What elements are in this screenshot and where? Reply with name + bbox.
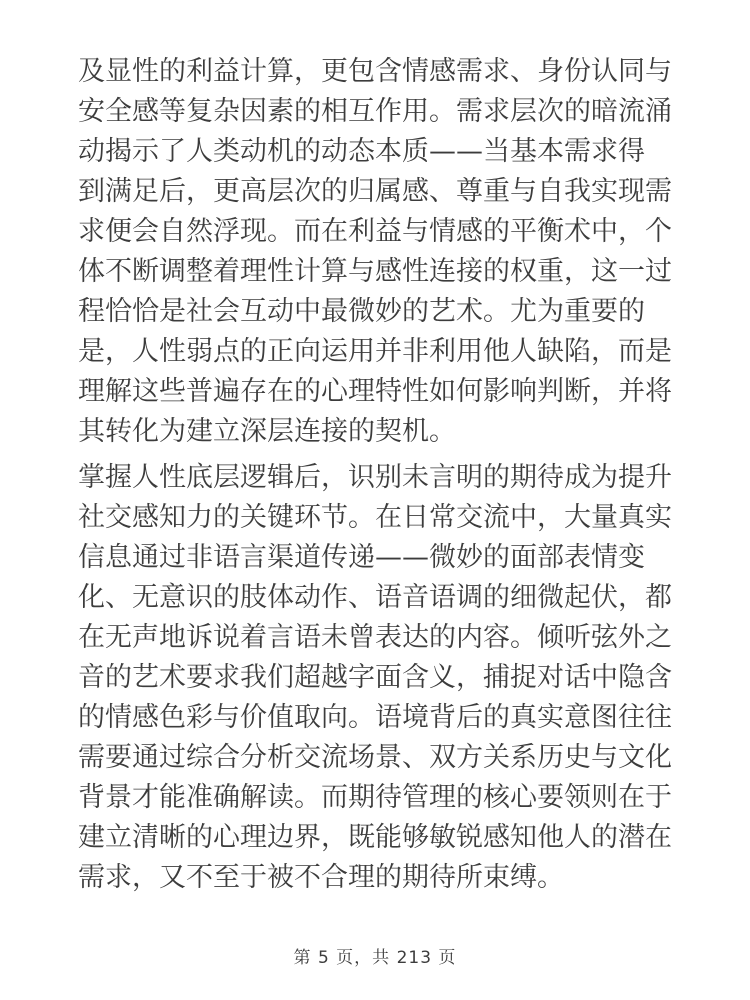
text-line: 安全感等复杂因素的相互作用。需求层次的暗流涌 xyxy=(78,92,678,132)
text-line: 化、无意识的肢体动作、语音语调的细微起伏，都 xyxy=(78,578,678,618)
text-line: 社交感知力的关键环节。在日常交流中，大量真实 xyxy=(78,498,678,538)
document-body: 及显性的利益计算，更包含情感需求、身份认同与安全感等复杂因素的相互作用。需求层次… xyxy=(78,52,678,904)
text-line: 理解这些普遍存在的心理特性如何影响判断，并将 xyxy=(78,372,678,412)
text-line: 的情感色彩与价值取向。语境背后的真实意图往往 xyxy=(78,698,678,738)
text-line: 体不断调整着理性计算与感性连接的权重，这一过 xyxy=(78,252,678,292)
text-line: 音的艺术要求我们超越字面含义，捕捉对话中隐含 xyxy=(78,658,678,698)
paragraph: 掌握人性底层逻辑后，识别未言明的期待成为提升社交感知力的关键环节。在日常交流中，… xyxy=(78,458,678,898)
text-line: 其转化为建立深层连接的契机。 xyxy=(78,412,678,452)
text-line: 在无声地诉说着言语未曾表达的内容。倾听弦外之 xyxy=(78,618,678,658)
text-line: 及显性的利益计算，更包含情感需求、身份认同与 xyxy=(78,52,678,92)
text-line: 需要通过综合分析交流场景、双方关系历史与文化 xyxy=(78,738,678,778)
text-line: 是，人性弱点的正向运用并非利用他人缺陷，而是 xyxy=(78,332,678,372)
page-number-footer: 第 5 页，共 213 页 xyxy=(0,946,750,970)
text-line: 动揭示了人类动机的动态本质——当基本需求得 xyxy=(78,132,678,172)
document-page: 及显性的利益计算，更包含情感需求、身份认同与安全感等复杂因素的相互作用。需求层次… xyxy=(0,0,750,1000)
text-line: 到满足后，更高层次的归属感、尊重与自我实现需 xyxy=(78,172,678,212)
text-line: 信息通过非语言渠道传递——微妙的面部表情变 xyxy=(78,538,678,578)
text-line: 求便会自然浮现。而在利益与情感的平衡术中，个 xyxy=(78,212,678,252)
text-line: 掌握人性底层逻辑后，识别未言明的期待成为提升 xyxy=(78,458,678,498)
text-line: 建立清晰的心理边界，既能够敏锐感知他人的潜在 xyxy=(78,818,678,858)
paragraph: 及显性的利益计算，更包含情感需求、身份认同与安全感等复杂因素的相互作用。需求层次… xyxy=(78,52,678,452)
text-line: 程恰恰是社会互动中最微妙的艺术。尤为重要的 xyxy=(78,292,678,332)
text-line: 需求，又不至于被不合理的期待所束缚。 xyxy=(78,858,678,898)
text-line: 背景才能准确解读。而期待管理的核心要领则在于 xyxy=(78,778,678,818)
